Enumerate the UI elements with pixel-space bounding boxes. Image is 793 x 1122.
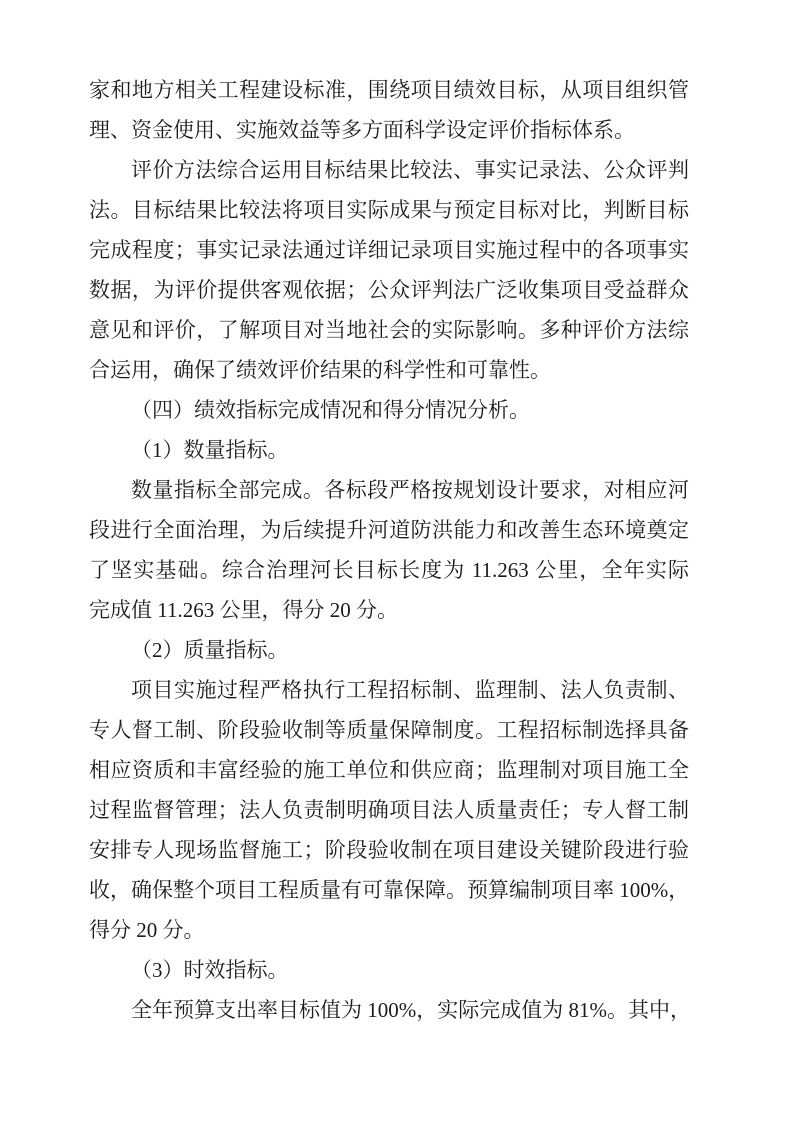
- section-heading: （四）绩效指标完成情况和得分情况分析。: [89, 390, 689, 430]
- text-line: 完成值 11.263 公里，得分 20 分。: [89, 590, 689, 630]
- text-line: 数据，为评价提供客观依据；公众评判法广泛收集项目受益群众: [89, 270, 689, 310]
- text-block: 家和地方相关工程建设标准，围绕项目绩效目标，从项目组织管 理、资金使用、实施效益…: [89, 70, 689, 1030]
- text-line: 全年预算支出率目标值为 100%，实际完成值为 81%。其中，: [89, 990, 689, 1030]
- text-line: 评价方法综合运用目标结果比较法、事实记录法、公众评判: [89, 150, 689, 190]
- text-line: 理、资金使用、实施效益等多方面科学设定评价指标体系。: [89, 110, 689, 150]
- text-line: 段进行全面治理，为后续提升河道防洪能力和改善生态环境奠定: [89, 510, 689, 550]
- sub-heading: （1）数量指标。: [89, 430, 689, 470]
- text-line: 完成程度；事实记录法通过详细记录项目实施过程中的各项事实: [89, 230, 689, 270]
- text-line: 专人督工制、阶段验收制等质量保障制度。工程招标制选择具备: [89, 710, 689, 750]
- text-line: 收，确保整个项目工程质量有可靠保障。预算编制项目率 100%，: [89, 870, 689, 910]
- document-page: 家和地方相关工程建设标准，围绕项目绩效目标，从项目组织管 理、资金使用、实施效益…: [0, 0, 793, 1122]
- text-line: 家和地方相关工程建设标准，围绕项目绩效目标，从项目组织管: [89, 70, 689, 110]
- text-line: 相应资质和丰富经验的施工单位和供应商；监理制对项目施工全: [89, 750, 689, 790]
- text-line: 了坚实基础。综合治理河长目标长度为 11.263 公里，全年实际: [89, 550, 689, 590]
- text-line: 安排专人现场监督施工；阶段验收制在项目建设关键阶段进行验: [89, 830, 689, 870]
- sub-heading: （3）时效指标。: [89, 950, 689, 990]
- sub-heading: （2）质量指标。: [89, 630, 689, 670]
- text-line: 得分 20 分。: [89, 910, 689, 950]
- text-line: 项目实施过程严格执行工程招标制、监理制、法人负责制、: [89, 670, 689, 710]
- text-line: 过程监督管理；法人负责制明确项目法人质量责任；专人督工制: [89, 790, 689, 830]
- text-line: 法。目标结果比较法将项目实际成果与预定目标对比，判断目标: [89, 190, 689, 230]
- text-line: 意见和评价，了解项目对当地社会的实际影响。多种评价方法综: [89, 310, 689, 350]
- text-line: 数量指标全部完成。各标段严格按规划设计要求，对相应河: [89, 470, 689, 510]
- text-line: 合运用，确保了绩效评价结果的科学性和可靠性。: [89, 350, 689, 390]
